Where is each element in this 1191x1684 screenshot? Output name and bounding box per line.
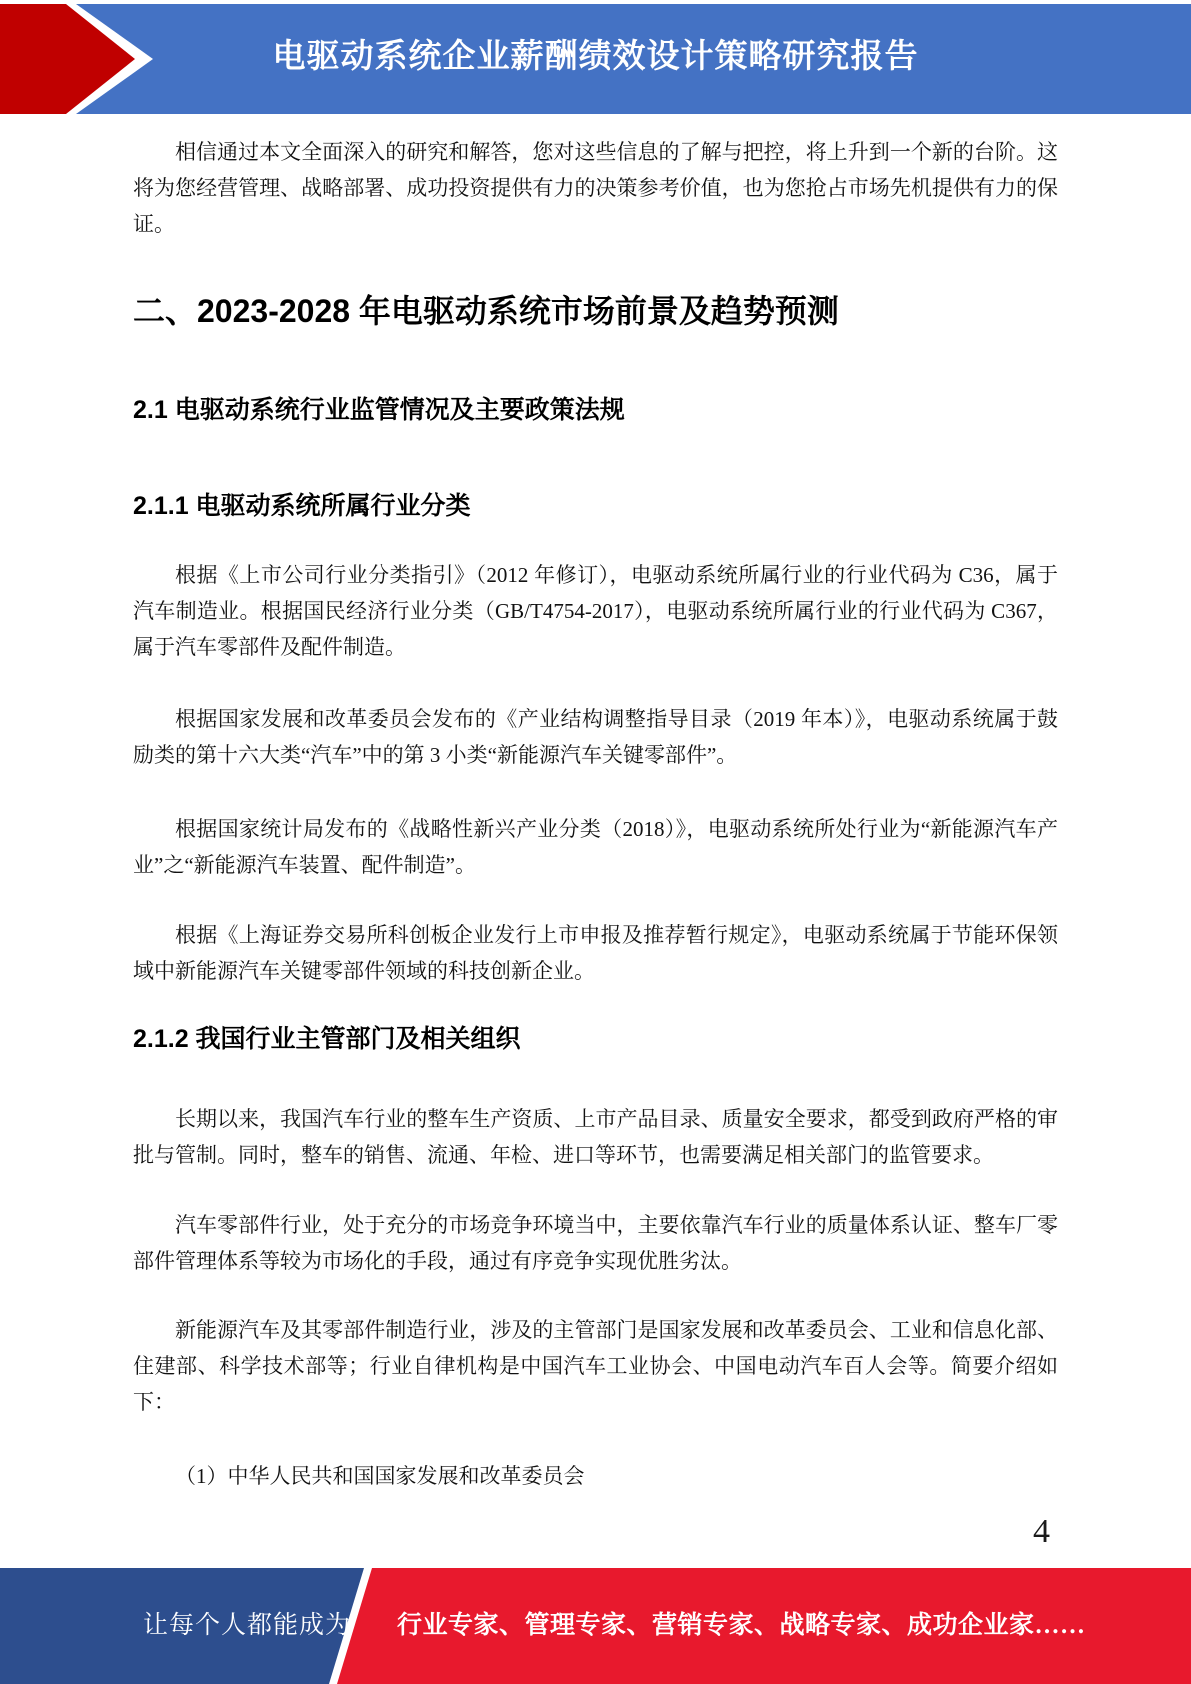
paragraph-regulation: 长期以来，我国汽车行业的整车生产资质、上市产品目录、质量安全要求，都受到政府严格…: [133, 1101, 1058, 1173]
paragraph-sse-star-market: 根据《上海证券交易所科创板企业发行上市申报及推荐暂行规定》，电驱动系统属于节能环…: [133, 917, 1058, 989]
paragraph-ndrc-catalog: 根据国家发展和改革委员会发布的《产业结构调整指导目录（2019 年本）》，电驱动…: [133, 701, 1058, 773]
subsection-heading-2-1-1: 2.1.1 电驱动系统所属行业分类: [133, 489, 1058, 523]
paragraph-authorities: 新能源汽车及其零部件制造行业，涉及的主管部门是国家发展和改革委员会、工业和信息化…: [133, 1312, 1058, 1420]
page-number: 4: [1033, 1512, 1050, 1552]
intro-paragraph: 相信通过本文全面深入的研究和解答，您对这些信息的了解与把控，将上升到一个新的台阶…: [133, 134, 1058, 242]
paragraph-parts-market: 汽车零部件行业，处于充分的市场竞争环境当中，主要依靠汽车行业的质量体系认证、整车…: [133, 1207, 1058, 1279]
subsection-heading-2-1: 2.1 电驱动系统行业监管情况及主要政策法规: [133, 393, 1058, 427]
paragraph-stats-bureau: 根据国家统计局发布的《战略性新兴产业分类（2018）》，电驱动系统所处行业为“新…: [133, 811, 1058, 883]
subsection-heading-2-1-2: 2.1.2 我国行业主管部门及相关组织: [133, 1022, 1058, 1056]
paragraph-industry-code: 根据《上市公司行业分类指引》（2012 年修订），电驱动系统所属行业的行业代码为…: [133, 557, 1058, 665]
header-band: 电驱动系统企业薪酬绩效设计策略研究报告: [0, 4, 1191, 114]
report-title: 电驱动系统企业薪酬绩效设计策略研究报告: [0, 4, 1191, 114]
section-heading-2: 二、2023-2028 年电驱动系统市场前景及趋势预测: [133, 289, 1058, 333]
footer-band: 让每个人都能成为 行业专家、管理专家、营销专家、战略专家、成功企业家……: [0, 1568, 1191, 1684]
document-body: 相信通过本文全面深入的研究和解答，您对这些信息的了解与把控，将上升到一个新的台阶…: [133, 118, 1058, 1494]
paragraph-item-1-ndrc: （1）中华人民共和国国家发展和改革委员会: [133, 1458, 1058, 1494]
footer-slogan-right: 行业专家、管理专家、营销专家、战略专家、成功企业家……: [397, 1568, 1086, 1684]
footer-slogan-left: 让每个人都能成为: [143, 1568, 351, 1684]
